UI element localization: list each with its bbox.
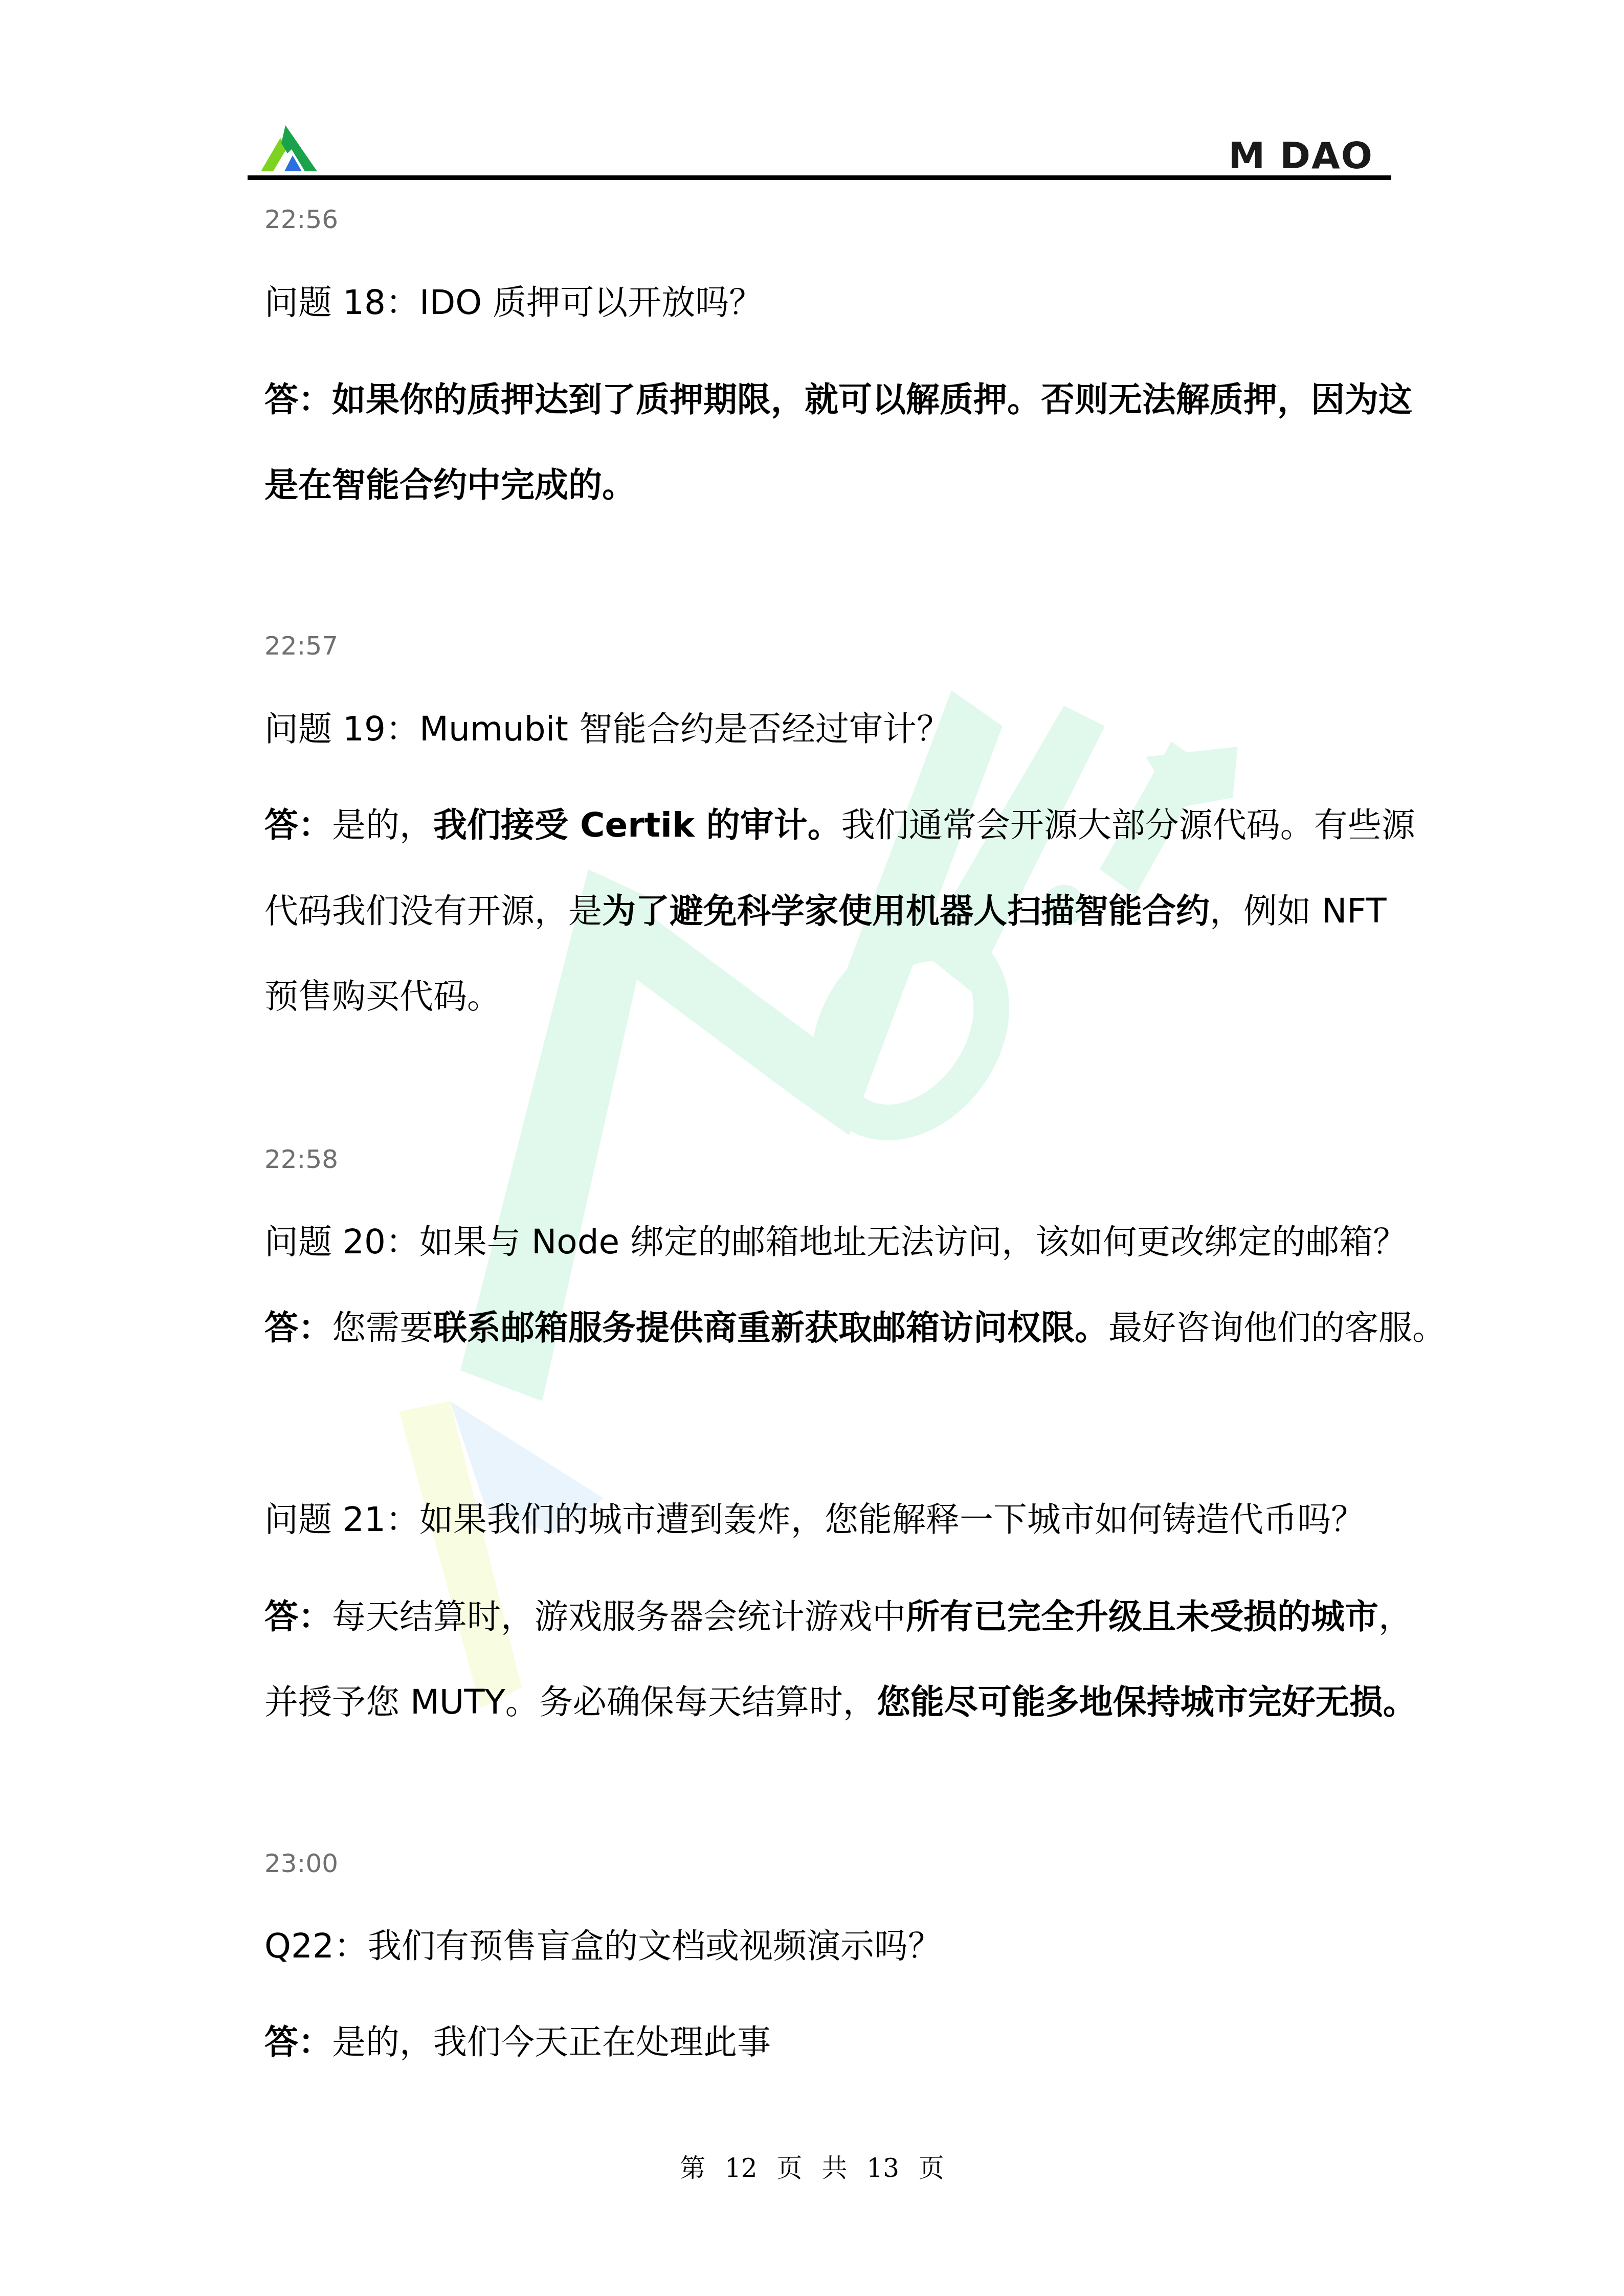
question-21: 问题 21：如果我们的城市遭到轰炸，您能解释一下城市如何铸造代币吗？ xyxy=(264,1492,1365,1541)
timestamp: 22:58 xyxy=(264,1144,338,1174)
answer-label: 答： xyxy=(264,805,332,845)
answer-18-line-2: 是在智能合约中完成的。 xyxy=(264,458,636,506)
header-divider xyxy=(248,175,1391,180)
answer-text: 并授予您 MUTY。务必确保每天结算时， xyxy=(264,1682,877,1722)
answer-text: 是的， xyxy=(332,805,433,845)
page-number-footer: 第 12 页 共 13 页 xyxy=(0,2148,1624,2185)
answer-bold-text: 联系邮箱服务提供商重新获取邮箱访问权限。 xyxy=(433,1308,1108,1347)
question-22: Q22：我们有预售盲盒的文档或视频演示吗？ xyxy=(264,1919,942,1967)
document-page: M DAO 22:56 问题 18：IDO 质押可以开放吗？ 答：如果你的质押达… xyxy=(0,0,1624,2296)
answer-text: 您需要 xyxy=(332,1308,433,1347)
answer-bold-text: 答：如果你的质押达到了质押期限，就可以解质押。否则无法解质押，因为这 xyxy=(264,380,1412,419)
question-18: 问题 18：IDO 质押可以开放吗？ xyxy=(264,275,763,324)
timestamp: 23:00 xyxy=(264,1849,338,1878)
answer-text: 我们通常会开源大部分源代码。有些源 xyxy=(841,805,1415,845)
answer-label: 答： xyxy=(264,2022,332,2062)
answer-text: 每天结算时，游戏服务器会统计游戏中 xyxy=(332,1597,906,1636)
answer-text: ，例如 NFT xyxy=(1210,891,1386,931)
answer-18-line-1: 答：如果你的质押达到了质押期限，就可以解质押。否则无法解质押，因为这 xyxy=(264,372,1412,421)
answer-bold-text: 是在智能合约中完成的。 xyxy=(264,465,636,505)
answer-19-line-1: 答：是的，我们接受 Certik 的审计。我们通常会开源大部分源代码。有些源 xyxy=(264,798,1415,846)
answer-text: 是的，我们今天正在处理此事 xyxy=(332,2022,771,2062)
mdao-logo-icon xyxy=(256,123,322,174)
answer-bold-text: 为了避免科学家使用机器人扫描智能合约 xyxy=(602,891,1210,931)
answer-bold-text: 您能尽可能多地保持城市完好无损。 xyxy=(877,1682,1417,1722)
answer-21-line-2: 并授予您 MUTY。务必确保每天结算时，您能尽可能多地保持城市完好无损。 xyxy=(264,1675,1417,1723)
answer-21-line-1: 答：每天结算时，游戏服务器会统计游戏中所有已完全升级且未受损的城市， xyxy=(264,1589,1412,1638)
timestamp: 22:57 xyxy=(264,631,338,661)
answer-20-line-1: 答：您需要联系邮箱服务提供商重新获取邮箱访问权限。最好咨询他们的客服。 xyxy=(264,1300,1446,1349)
answer-text: 代码我们没有开源，是 xyxy=(264,891,602,931)
question-19: 问题 19：Mumubit 智能合约是否经过审计？ xyxy=(264,702,950,750)
answer-19-line-3: 预售购买代码。 xyxy=(264,969,501,1018)
brand-name: M DAO xyxy=(1229,134,1373,177)
answer-label: 答： xyxy=(264,1597,332,1636)
answer-bold-text: 所有已完全升级且未受损的城市 xyxy=(906,1597,1378,1636)
answer-text: ， xyxy=(1378,1597,1412,1636)
answer-22-line-1: 答：是的，我们今天正在处理此事 xyxy=(264,2015,771,2063)
question-20: 问题 20：如果与 Node 绑定的邮箱地址无法访问，该如何更改绑定的邮箱？ xyxy=(264,1214,1407,1263)
answer-bold-text: 我们接受 Certik 的审计。 xyxy=(433,805,841,845)
answer-19-line-2: 代码我们没有开源，是为了避免科学家使用机器人扫描智能合约，例如 NFT xyxy=(264,884,1386,932)
answer-text: 预售购买代码。 xyxy=(264,977,501,1016)
answer-label: 答： xyxy=(264,1308,332,1347)
timestamp: 22:56 xyxy=(264,205,338,234)
answer-text: 最好咨询他们的客服。 xyxy=(1108,1308,1446,1347)
